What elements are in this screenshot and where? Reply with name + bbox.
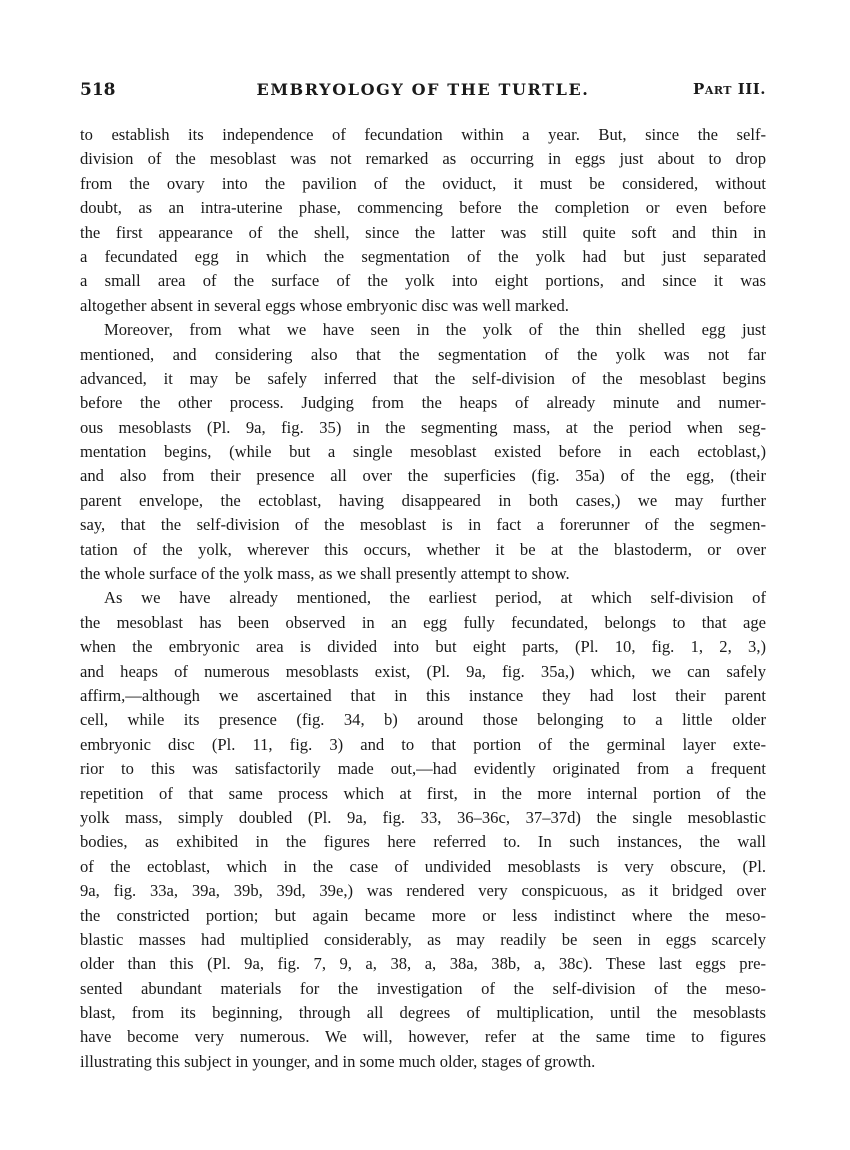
text-line: say, that the self-division of the mesob… xyxy=(80,513,766,537)
text-line: the first appearance of the shell, since… xyxy=(80,221,766,245)
text-line: parent envelope, the ectoblast, having d… xyxy=(80,489,766,513)
text-line: blastic masses had multiplied considerab… xyxy=(80,928,766,952)
text-line: tation of the yolk, wherever this occurs… xyxy=(80,538,766,562)
text-line: from the ovary into the pavilion of the … xyxy=(80,172,766,196)
text-line: sented abundant materials for the invest… xyxy=(80,977,766,1001)
text-line: altogether absent in several eggs whose … xyxy=(80,294,766,318)
text-line: division of the mesoblast was not remark… xyxy=(80,147,766,171)
text-line: the constricted portion; but again becam… xyxy=(80,904,766,928)
text-line: 9a, fig. 33a, 39a, 39b, 39d, 39e,) was r… xyxy=(80,879,766,903)
text-line: older than this (Pl. 9a, fig. 7, 9, a, 3… xyxy=(80,952,766,976)
text-line: and also from their presence all over th… xyxy=(80,464,766,488)
paragraph: Moreover, from what we have seen in the … xyxy=(80,318,766,586)
text-line: the mesoblast has been observed in an eg… xyxy=(80,611,766,635)
text-line: repetition of that same process which at… xyxy=(80,782,766,806)
text-line: bodies, as exhibited in the figures here… xyxy=(80,830,766,854)
text-line: to establish its independence of fecunda… xyxy=(80,123,766,147)
text-line: blast, from its beginning, through all d… xyxy=(80,1001,766,1025)
text-line: mentation begins, (while but a single me… xyxy=(80,440,766,464)
part-label: Part III. xyxy=(693,80,766,98)
text-line: before the other process. Judging from t… xyxy=(80,391,766,415)
text-line: have become very numerous. We will, howe… xyxy=(80,1025,766,1049)
text-line: a small area of the surface of the yolk … xyxy=(80,269,766,293)
text-line: advanced, it may be safely inferred that… xyxy=(80,367,766,391)
text-line: of the ectoblast, which in the case of u… xyxy=(80,855,766,879)
text-line: rior to this was satisfactorily made out… xyxy=(80,757,766,781)
text-line: Moreover, from what we have seen in the … xyxy=(80,318,766,342)
paragraph: As we have already mentioned, the earlie… xyxy=(80,586,766,1074)
text-line: and heaps of numerous mesoblasts exist, … xyxy=(80,660,766,684)
text-line: embryonic disc (Pl. 11, fig. 3) and to t… xyxy=(80,733,766,757)
text-line: cell, while its presence (fig. 34, b) ar… xyxy=(80,708,766,732)
running-header: 518 EMBRYOLOGY OF THE TURTLE. Part III. xyxy=(80,80,766,104)
text-line: As we have already mentioned, the earlie… xyxy=(80,586,766,610)
paragraph: to establish its independence of fecunda… xyxy=(80,123,766,318)
text-line: affirm,—although we ascertained that in … xyxy=(80,684,766,708)
text-line: yolk mass, simply doubled (Pl. 9a, fig. … xyxy=(80,806,766,830)
text-line: mentioned, and considering also that the… xyxy=(80,343,766,367)
text-line: a fecundated egg in which the segmentati… xyxy=(80,245,766,269)
text-line: doubt, as an intra-uterine phase, commen… xyxy=(80,196,766,220)
running-title: EMBRYOLOGY OF THE TURTLE. xyxy=(80,80,766,99)
text-line: ous mesoblasts (Pl. 9a, fig. 35) in the … xyxy=(80,416,766,440)
text-line: the whole surface of the yolk mass, as w… xyxy=(80,562,766,586)
page-body: to establish its independence of fecunda… xyxy=(80,123,766,1074)
text-line: illustrating this subject in younger, an… xyxy=(80,1050,766,1074)
text-line: when the embryonic area is divided into … xyxy=(80,635,766,659)
